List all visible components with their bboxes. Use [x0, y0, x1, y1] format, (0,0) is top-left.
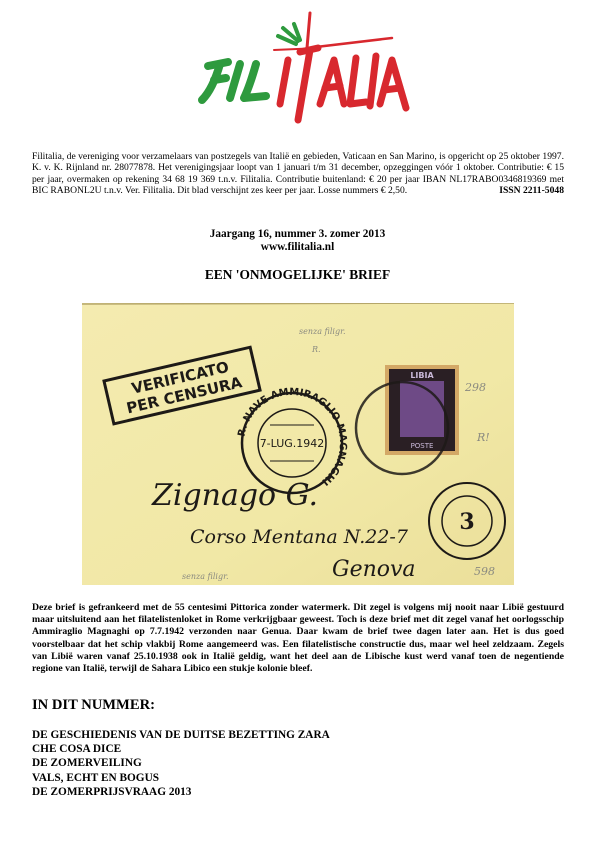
contents-list: DE GESCHIEDENIS VAN DE DUITSE BEZETTING … [32, 728, 330, 799]
pencil-note-right: 298 [464, 381, 486, 394]
issue-info: Jaargang 16, nummer 3. zomer 2013 www.fi… [0, 228, 595, 254]
pencil-note-top-2: R. [311, 345, 321, 354]
contents-item[interactable]: DE GESCHIEDENIS VAN DE DUITSE BEZETTING … [32, 728, 330, 742]
stamp-country: LIBIA [410, 371, 434, 380]
filitalia-logo [170, 8, 430, 126]
contents-item[interactable]: DE ZOMERVEILING [32, 756, 330, 770]
contents-item[interactable]: CHE COSA DICE [32, 742, 330, 756]
sparkle-icon [278, 24, 300, 44]
svg-text:3: 3 [459, 509, 474, 535]
contents-item[interactable]: VALS, ECHT EN BOGUS [32, 771, 330, 785]
issue-line: Jaargang 16, nummer 3. zomer 2013 [0, 228, 595, 241]
city: Genova [332, 557, 416, 582]
pencil-note-right-2: R! [476, 431, 490, 444]
pencil-number: 598 [474, 565, 495, 578]
association-info-text: Filitalia, de vereniging voor verzamelaa… [32, 151, 564, 196]
envelope-photo: senza filigr. R. 298 R! senza filigr. 59… [82, 303, 514, 585]
street: Corso Mentana N.22-7 [190, 526, 409, 548]
logo-fil [202, 62, 266, 100]
contents-item[interactable]: DE ZOMERPRIJSVRAAG 2013 [32, 785, 330, 799]
article-title: EEN 'ONMOGELIJKE' BRIEF [0, 267, 595, 283]
pencil-note-bottom: senza filigr. [182, 572, 229, 581]
addressee: Zignago G. [151, 478, 318, 513]
pencil-note-top: senza filigr. [299, 327, 346, 336]
association-info: Filitalia, de vereniging voor verzamelaa… [32, 151, 564, 197]
article-body: Deze brief is gefrankeerd met de 55 cent… [32, 602, 564, 675]
svg-text:POSTE: POSTE [411, 442, 434, 450]
postmark-date: 7-LUG.1942 [260, 437, 325, 450]
postage-stamp: LIBIA POSTE [385, 365, 459, 455]
contents-heading: IN DIT NUMMER: [32, 697, 155, 714]
logo-italia [280, 48, 406, 120]
website-link[interactable]: www.filitalia.nl [0, 241, 595, 254]
issn: ISSN 2211-5048 [499, 185, 564, 196]
